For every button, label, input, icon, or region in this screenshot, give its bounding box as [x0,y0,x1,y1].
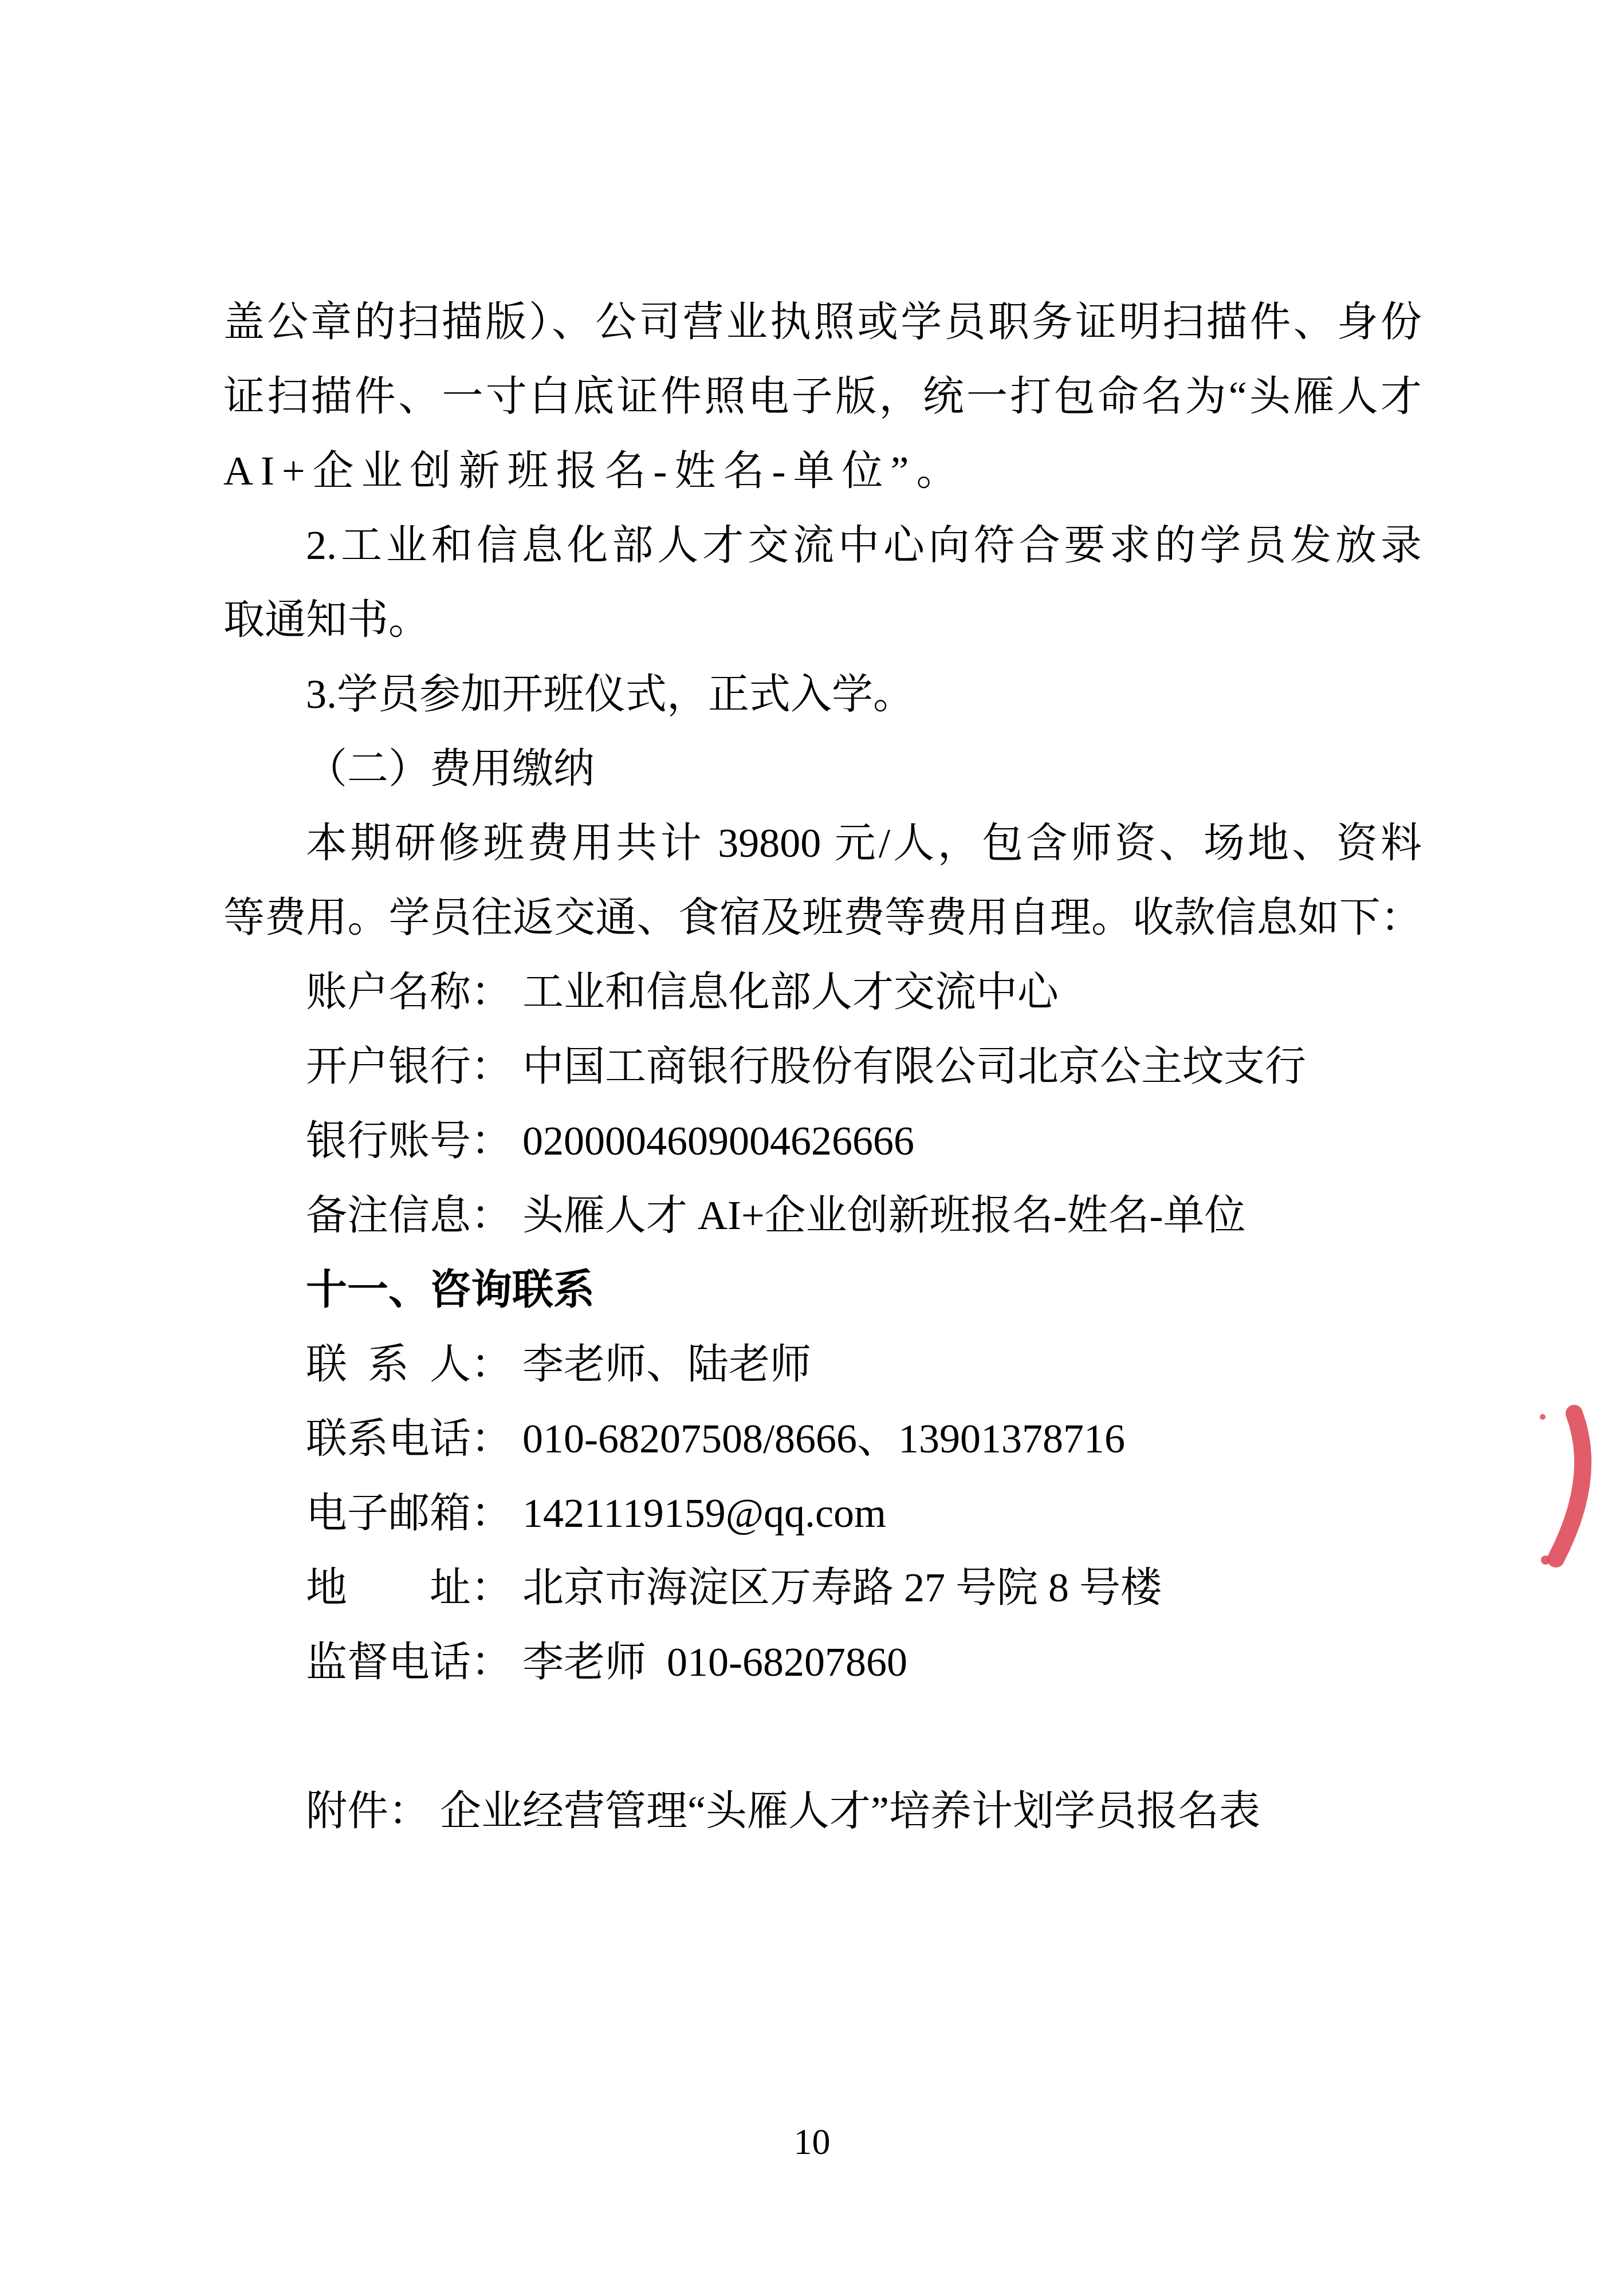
document-page: { "page": { "number": "10", "background"… [0,0,1624,2296]
text-line: 附件： 企业经营管理“头雁人才”培养计划学员报名表 [223,1774,1422,1848]
text-line: 3.学员参加开班仪式，正式入学。 [223,657,1422,731]
text-line: 账户名称： 工业和信息化部人才交流中心 [223,955,1422,1029]
line-subheading: （二）费用缴纳 [223,731,1422,806]
page-number: 10 [0,2116,1624,2168]
text-line: 2.工业和信息化部人才交流中心向符合要求的学员发放录 [223,508,1422,582]
text-line: 电子邮箱： 1421119159@qq.com [223,1476,1422,1550]
line-heading: 十一、咨询联系 [223,1253,1422,1327]
text-line: 备注信息： 头雁人才 AI+企业创新班报名-姓名-单位 [223,1178,1422,1253]
red-brush-stroke-main [1556,1413,1583,1559]
red-brush-stroke-dot-bottom [1541,1555,1550,1565]
red-brush-stroke-dot-top [1540,1414,1546,1420]
text-line: 地 址： 北京市海淀区万寿路 27 号院 8 号楼 [223,1550,1422,1625]
text-line: 取通知书。 [223,582,1422,657]
text-line: 开户银行： 中国工商银行股份有限公司北京公主坟支行 [223,1029,1422,1104]
red-brush-stroke-stamp [1518,1392,1624,1581]
text-line: 证扫描件、一寸白底证件照电子版，统一打包命名为“头雁人才 [223,359,1422,434]
text-line: 监督电话： 李老师 010-68207860 [223,1625,1422,1699]
text-block: 盖公章的扫描版）、公司营业执照或学员职务证明扫描件、身份证扫描件、一寸白底证件照… [223,285,1422,1848]
text-line: 本期研修班费用共计 39800 元/人，包含师资、场地、资料 [223,806,1422,880]
page-background: 盖公章的扫描版）、公司营业执照或学员职务证明扫描件、身份证扫描件、一寸白底证件照… [0,0,1624,2296]
text-line: 银行账号： 0200004609004626666 [223,1104,1422,1178]
text-line: 联系电话： 010-68207508/8666、13901378716 [223,1401,1422,1476]
text-line [223,1699,1422,1774]
text-line: 盖公章的扫描版）、公司营业执照或学员职务证明扫描件、身份 [223,285,1422,359]
text-line: AI+企业创新班报名-姓名-单位”。 [223,434,1422,508]
text-line: 等费用。学员往返交通、食宿及班费等费用自理。收款信息如下： [223,880,1422,955]
text-line: 联 系 人： 李老师、陆老师 [223,1327,1422,1401]
